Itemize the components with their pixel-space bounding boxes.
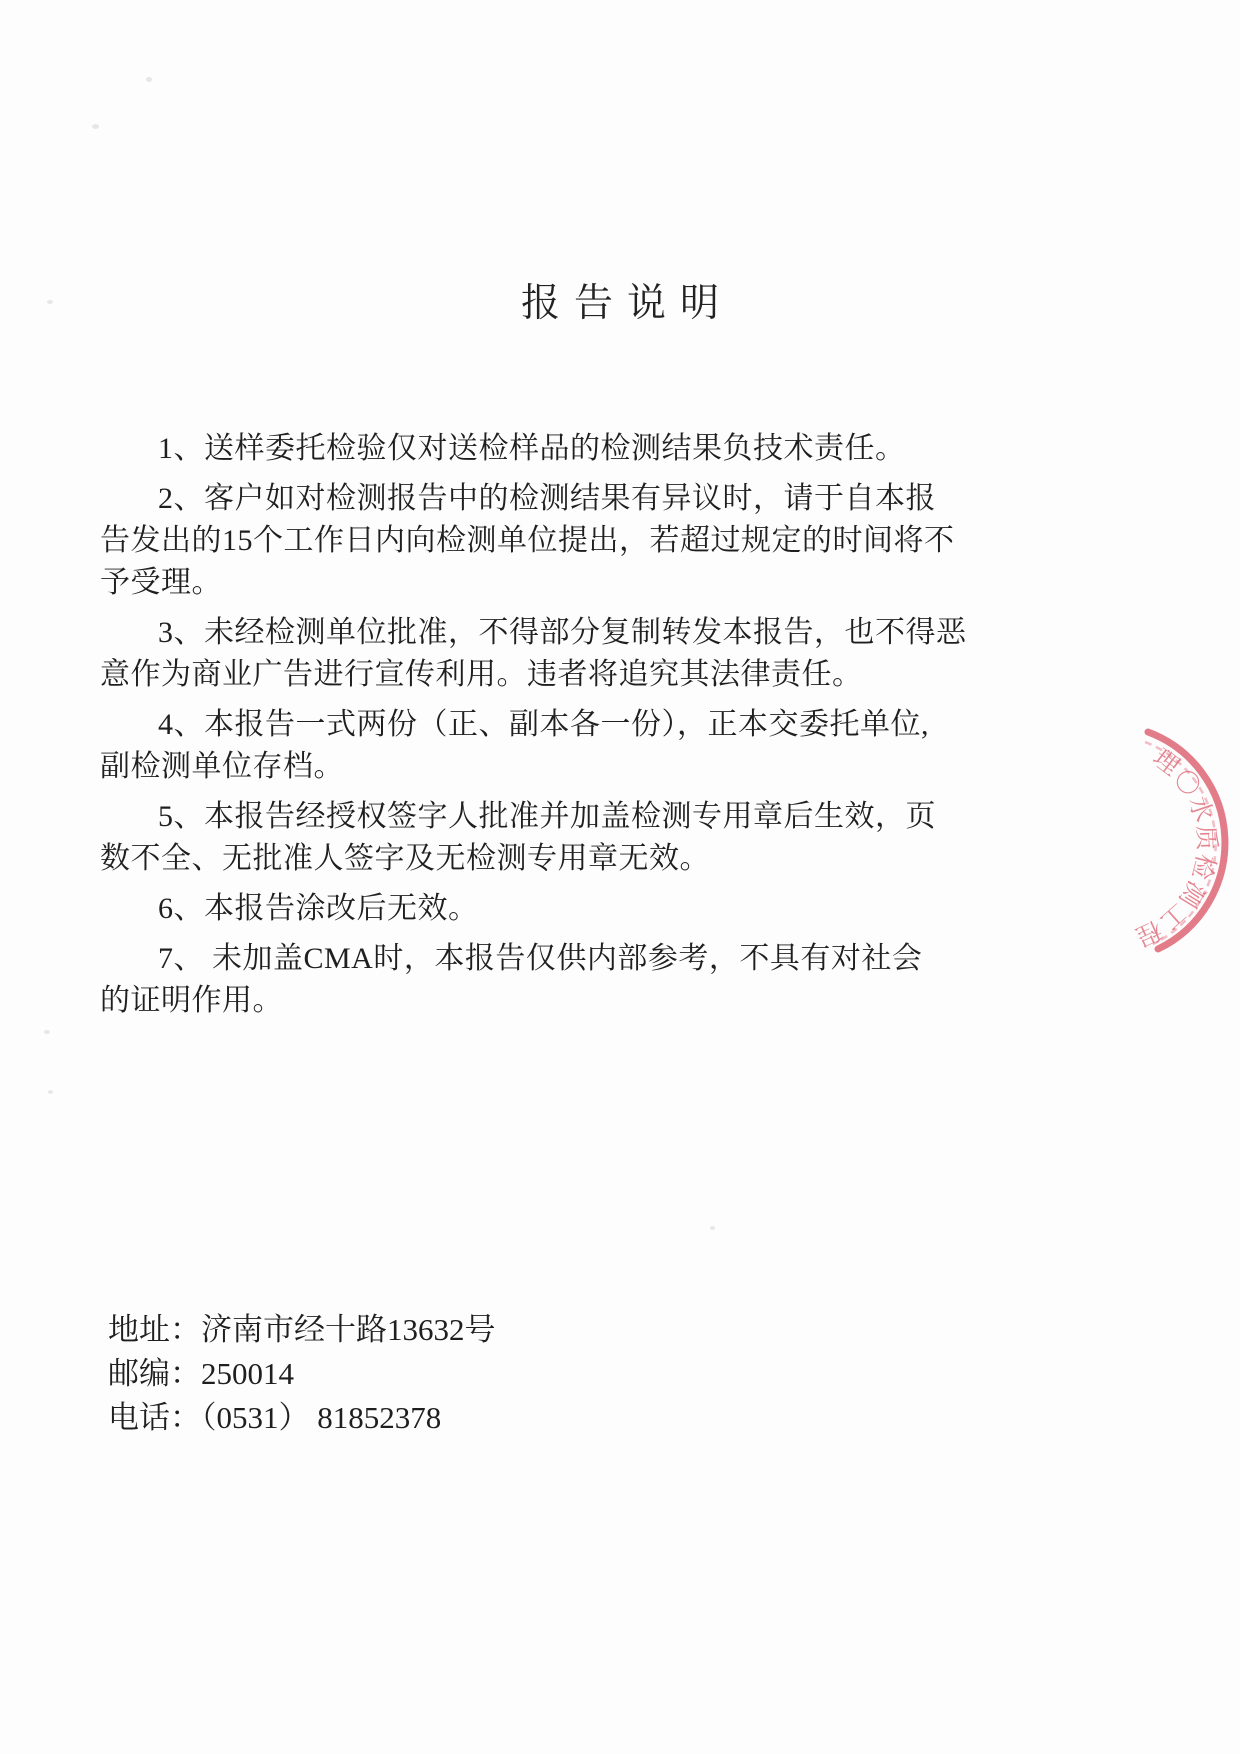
- red-seal-stamp: 理〇水质检测工程质: [980, 716, 1240, 980]
- page-title: 报告说明: [0, 272, 1240, 328]
- seal-ring-arc: [1148, 732, 1225, 949]
- scan-artifact: [48, 1090, 53, 1094]
- address-label: 地址：: [108, 1312, 201, 1347]
- note-line-4b: 副检测单位存档。: [100, 746, 985, 788]
- contact-block: 地址：济南市经十路13632号 邮编：250014 电话：（0531） 8185…: [108, 1308, 496, 1440]
- red-seal-icon: 理〇水质检测工程质: [980, 716, 1240, 980]
- note-line-1a: 1、送样委托检验仅对送检样品的检测结果负技术责任。: [100, 428, 985, 470]
- address-value: 济南市经十路13632号: [201, 1312, 496, 1347]
- phone-value: （0531） 81852378: [201, 1400, 441, 1435]
- scan-artifact: [146, 77, 152, 82]
- scan-artifact: [44, 1030, 50, 1034]
- scan-artifact: [710, 1226, 715, 1230]
- postal-row: 邮编：250014: [108, 1352, 496, 1396]
- postal-value: 250014: [201, 1356, 294, 1391]
- note-line-3a: 3、未经检测单位批准，不得部分复制转发本报告，也不得恶: [100, 612, 985, 654]
- notes-section: 1、送样委托检验仅对送检样品的检测结果负技术责任。 2、客户如对检测报告中的检测…: [100, 428, 985, 1022]
- note-line-3b: 意作为商业广告进行宣传利用。违者将追究其法律责任。: [100, 654, 985, 696]
- phone-row: 电话：（0531） 81852378: [108, 1396, 496, 1440]
- note-line-2b: 告发出的15个工作日内向检测单位提出，若超过规定的时间将不: [100, 520, 985, 562]
- scan-artifact: [92, 124, 99, 129]
- seal-ring-texture: [1145, 742, 1216, 944]
- seal-arc-text: 理〇水质检测工程质: [980, 716, 1221, 952]
- note-line-5b: 数不全、无批准人签字及无检测专用章无效。: [100, 838, 985, 880]
- note-line-2c: 予受理。: [100, 562, 985, 604]
- note-line-5a: 5、本报告经授权签字人批准并加盖检测专用章后生效，页: [100, 796, 985, 838]
- report-notes-page: 报告说明 1、送样委托检验仅对送检样品的检测结果负技术责任。 2、客户如对检测报…: [0, 0, 1240, 1754]
- note-line-6a: 6、本报告涂改后无效。: [100, 888, 985, 930]
- phone-label: 电话：: [108, 1400, 201, 1435]
- note-line-2a: 2、客户如对检测报告中的检测结果有异议时，请于自本报: [100, 478, 985, 520]
- note-line-7b: 的证明作用。: [100, 980, 985, 1022]
- note-line-7a: 7、 未加盖CMA时，本报告仅供内部参考，不具有对社会: [100, 938, 985, 980]
- address-row: 地址：济南市经十路13632号: [108, 1308, 496, 1352]
- note-line-4a: 4、本报告一式两份（正、副本各一份），正本交委托单位,: [100, 704, 985, 746]
- postal-label: 邮编：: [108, 1356, 201, 1391]
